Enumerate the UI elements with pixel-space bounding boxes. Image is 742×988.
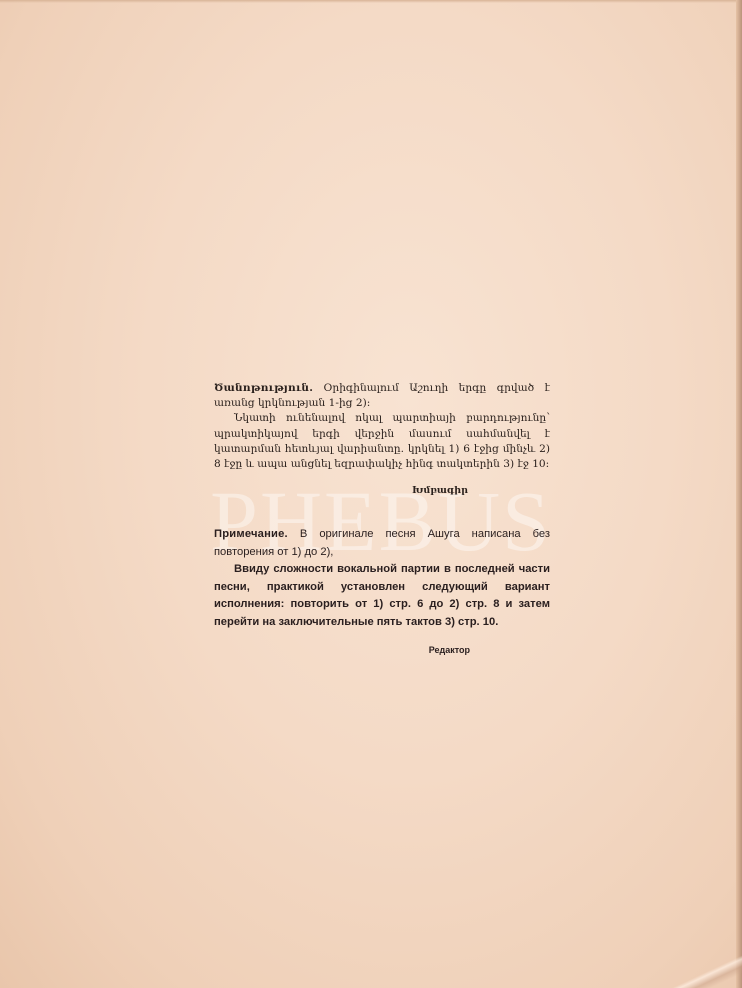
page-right-edge [736,0,742,988]
armenian-note-lead: Ծանոթություն. [214,382,313,394]
page-corner-fold [672,948,742,988]
armenian-note-paragraph-2: Նկատի ունենալով ոկալ պարտիայի բարդությու… [214,411,550,472]
russian-editor-note: Примечание. В оригинале песня Ашуга напи… [214,526,550,660]
russian-note-paragraph-1: Примечание. В оригинале песня Ашуга напи… [214,526,550,561]
scanned-page: Ծանոթություն. Օրիգինալում Աշուղի երգը գր… [0,0,742,988]
russian-note-lead: Примечание. [214,528,288,540]
armenian-note-signature: Խմբագիր [214,483,550,498]
russian-note-paragraph-2: Ввиду сложности вокальной партии в после… [214,561,550,631]
armenian-editor-note: Ծանոթություն. Օրիգինալում Աշուղի երգը գր… [214,381,550,498]
armenian-note-paragraph-1: Ծանոթություն. Օրիգինալում Աշուղի երգը գր… [214,381,550,411]
page-top-edge [0,0,742,3]
russian-note-signature: Редактор [214,642,550,660]
